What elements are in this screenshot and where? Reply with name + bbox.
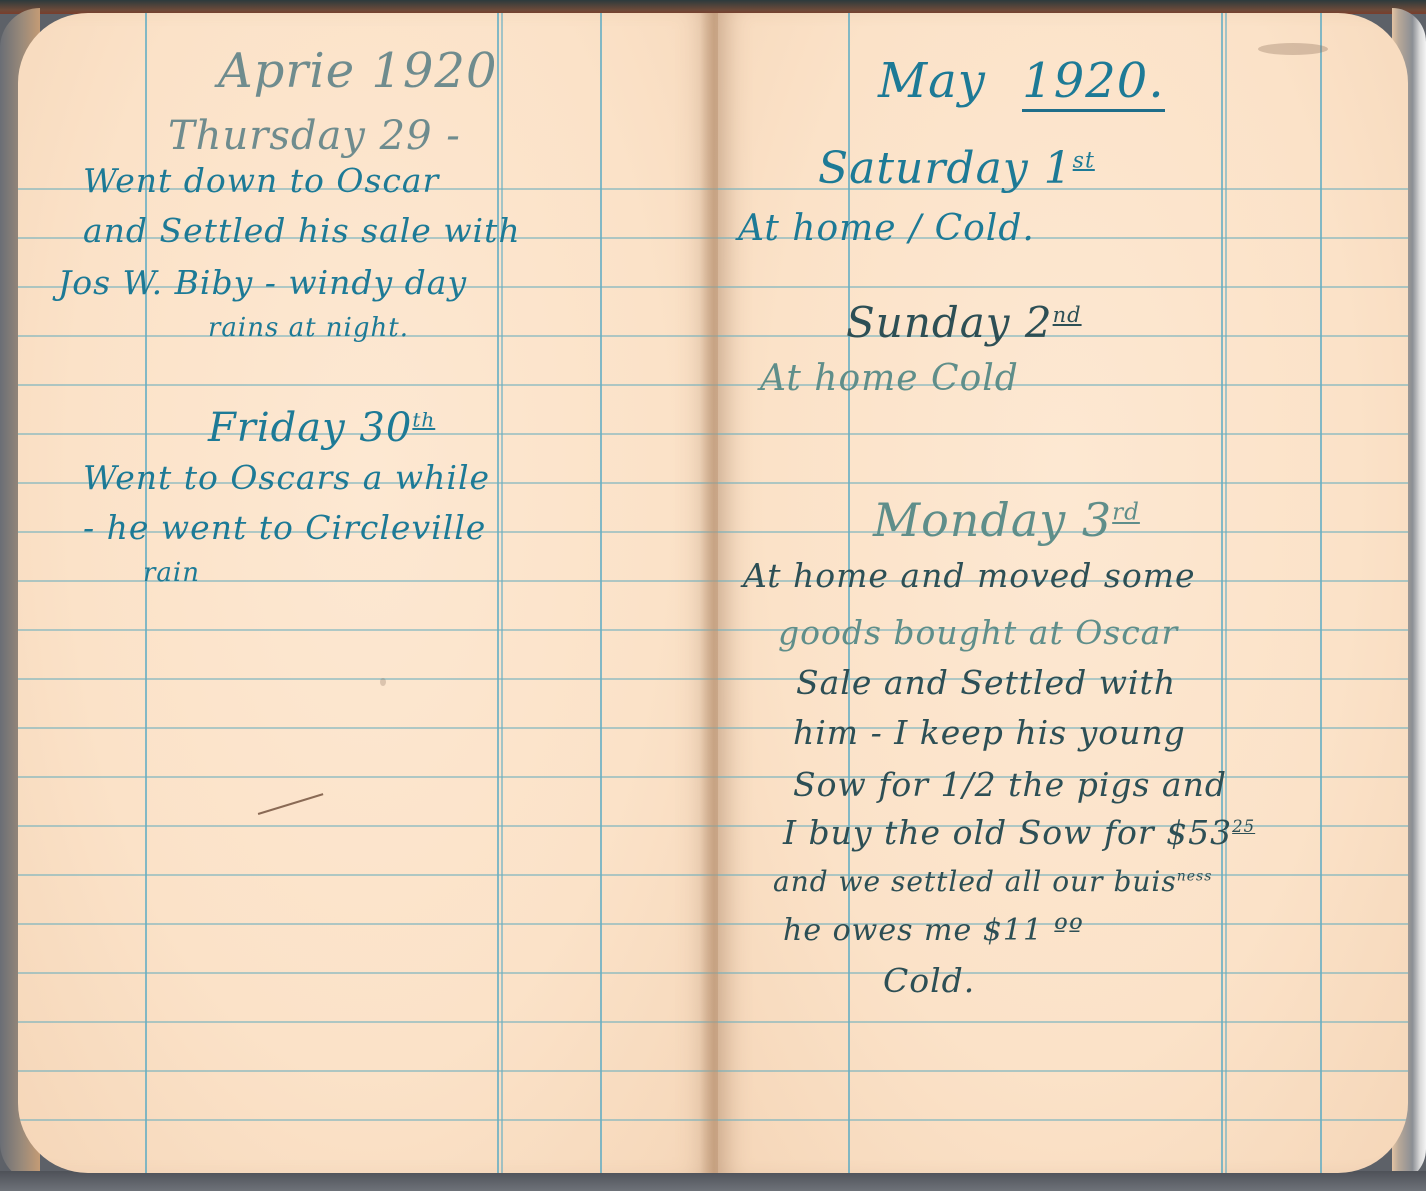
day-heading-saturday: Saturday 1st bbox=[818, 143, 1095, 194]
day-suffix: rd bbox=[1112, 500, 1140, 526]
month-heading: Aprie 1920 bbox=[218, 43, 498, 99]
notebook-cover-bottom-edge bbox=[0, 1171, 1426, 1191]
entry-line: Sale and Settled with bbox=[796, 663, 1176, 702]
right-page: May 1920. Saturday 1st At home / Cold. S… bbox=[718, 13, 1408, 1173]
column-rule bbox=[600, 13, 602, 1173]
year-heading: 1920. bbox=[1022, 53, 1164, 112]
notebook-cover-top-edge bbox=[0, 0, 1426, 14]
ruled-line bbox=[718, 1119, 1408, 1121]
day-heading-friday: Friday 30th bbox=[208, 405, 435, 451]
entry-line: Jos W. Biby - windy day bbox=[58, 263, 467, 302]
day-suffix: nd bbox=[1053, 303, 1082, 327]
ruled-line bbox=[718, 1021, 1408, 1023]
business-suffix: ness bbox=[1177, 869, 1213, 885]
ruled-line bbox=[18, 727, 718, 729]
entry-line: he owes me $11 ºº bbox=[783, 913, 1084, 948]
entry-line: I buy the old Sow for $5325 bbox=[783, 813, 1255, 852]
day-heading-text: Friday 30 bbox=[208, 405, 412, 451]
ruled-line bbox=[18, 874, 718, 876]
left-page: Aprie 1920 Thursday 29 - Went down to Os… bbox=[18, 13, 718, 1173]
ruled-line bbox=[718, 433, 1408, 435]
entry-line: At home / Cold. bbox=[738, 208, 1035, 249]
entry-line: rains at night. bbox=[208, 313, 409, 343]
entry-line-text: I buy the old Sow for $53 bbox=[783, 813, 1232, 852]
ruled-line bbox=[18, 1119, 718, 1121]
price-cents: 25 bbox=[1232, 817, 1255, 836]
ruled-line bbox=[18, 384, 718, 386]
ruled-line bbox=[18, 923, 718, 925]
day-heading-monday: Monday 3rd bbox=[873, 493, 1140, 547]
ruled-line bbox=[718, 286, 1408, 288]
pencil-mark bbox=[258, 793, 323, 814]
day-suffix: st bbox=[1073, 148, 1095, 173]
ruled-line bbox=[18, 1070, 718, 1072]
entry-line: At home and moved some bbox=[743, 556, 1196, 595]
ruled-line bbox=[18, 629, 718, 631]
entry-line: - he went to Circleville bbox=[83, 508, 486, 547]
ink-smudge bbox=[380, 678, 386, 686]
column-rule bbox=[497, 13, 499, 1173]
day-heading-thursday: Thursday 29 - bbox=[168, 113, 461, 159]
day-suffix: th bbox=[412, 408, 435, 432]
ruled-line bbox=[718, 482, 1408, 484]
entry-line: and Settled his sale with bbox=[83, 211, 521, 250]
month-heading-text: May bbox=[878, 53, 986, 109]
day-heading-sunday: Sunday 2nd bbox=[846, 298, 1082, 347]
entry-line: Sow for 1/2 the pigs and bbox=[793, 765, 1227, 804]
column-rule bbox=[1320, 13, 1322, 1173]
ruled-line bbox=[18, 825, 718, 827]
ruled-line bbox=[18, 580, 718, 582]
ruled-line bbox=[718, 972, 1408, 974]
ruled-line bbox=[18, 972, 718, 974]
entry-line: rain bbox=[143, 558, 200, 588]
ink-smudge bbox=[1258, 43, 1328, 55]
month-heading: May 1920. bbox=[878, 53, 1165, 109]
day-heading-text: Monday 3 bbox=[873, 493, 1112, 547]
ruled-line bbox=[18, 678, 718, 680]
entry-line: and we settled all our buisness bbox=[773, 865, 1212, 898]
entry-line: At home Cold bbox=[760, 358, 1019, 399]
ruled-line bbox=[718, 1070, 1408, 1072]
day-heading-text: Sunday 2 bbox=[846, 298, 1053, 347]
day-heading-text: Saturday 1 bbox=[818, 143, 1073, 194]
entry-line: Went to Oscars a while bbox=[83, 458, 490, 497]
entry-line: Cold. bbox=[883, 961, 975, 1000]
column-rule bbox=[1221, 13, 1223, 1173]
entry-line: him - I keep his young bbox=[793, 713, 1186, 752]
entry-line: goods bought at Oscar bbox=[778, 613, 1178, 652]
ruled-line bbox=[18, 776, 718, 778]
entry-line-text: and we settled all our buis bbox=[773, 865, 1177, 898]
ruled-line bbox=[18, 1021, 718, 1023]
entry-line: Went down to Oscar bbox=[83, 161, 439, 200]
